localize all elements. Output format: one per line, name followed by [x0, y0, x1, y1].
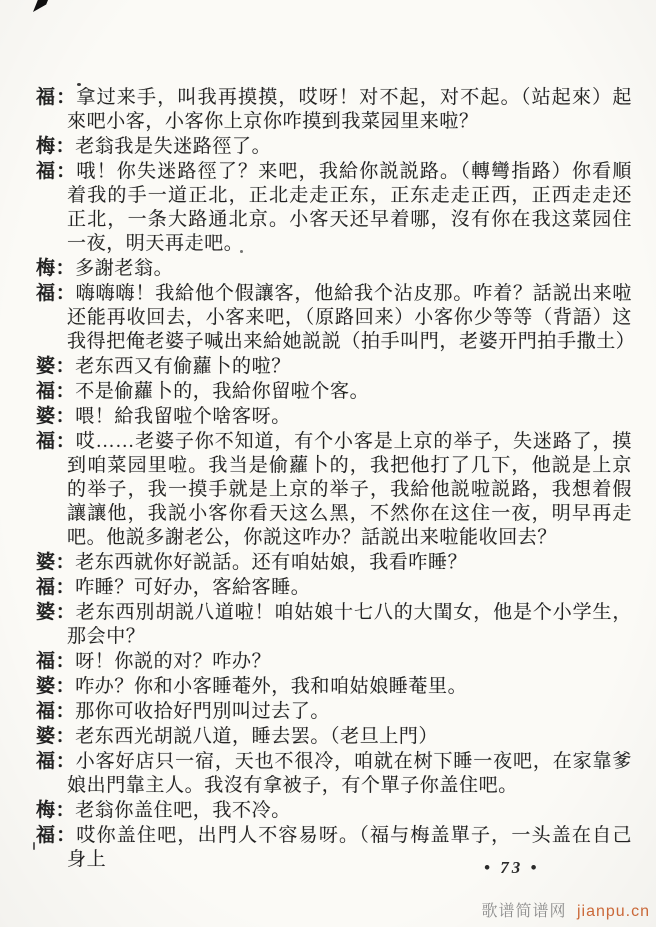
- watermark-site-url: jianpu.cn: [577, 903, 650, 920]
- speaker-label: 福：: [36, 283, 76, 304]
- speech-text: 老翁我是失迷路徑了。: [75, 136, 271, 157]
- dialogue-entry: 婆：老东西又有偷蘿卜的啦？: [36, 355, 632, 379]
- dialogue-entry: 福：拿过来手，叫我再摸摸，哎呀！对不起，对不起。（站起來）起來吧小客，小客你上京…: [36, 86, 632, 134]
- speech-text: 那你可收拾好門別叫过去了。: [75, 701, 330, 722]
- dialogue-entry: 福：哎你盖住吧，出門人不容易呀。（福与梅盖單子，一头盖在自己身上: [36, 824, 632, 872]
- dialogue-entry: 福：嗨嗨嗨！我給他个假讓客，他給我个沾皮那。咋着？話説出来啦还能再收回去，小客来…: [36, 282, 632, 354]
- speaker-label: 婆：: [36, 552, 75, 573]
- speaker-label: 婆：: [36, 406, 75, 427]
- speaker-label: 婆：: [36, 676, 75, 697]
- speaker-label: 福：: [36, 161, 76, 182]
- corner-ink-mark: [33, 0, 48, 12]
- watermark: 歌谱简谱网 jianpu.cn: [481, 898, 650, 921]
- speaker-label: 福：: [36, 701, 75, 722]
- speech-text: 老东西就你好説話。还有咱姑娘，我看咋睡？: [75, 552, 467, 573]
- speech-text: 咋办？你和小客睡菴外，我和咱姑娘睡菴里。: [75, 676, 467, 697]
- speech-text: 哎……老婆子你不知道，有个小客是上京的举子，失迷路了，摸到咱菜园里啦。我当是偷蘿…: [67, 431, 632, 548]
- speech-text: 咋睡？可好办，客給客睡。: [75, 577, 310, 598]
- speech-text: 哦！你失迷路徑了？来吧，我給你説説路。（轉彎指路）你看順着我的手一道正北，正北走…: [67, 161, 632, 254]
- speech-text: 不是偷蘿卜的，我給你留啦个客。: [75, 381, 369, 402]
- dialogue-entry: 梅：老翁你盖住吧，我不冷。: [36, 799, 632, 823]
- dialogue-entry: 婆：喂！給我留啦个啥客呀。: [36, 405, 632, 429]
- dialogue-entry: 婆：老东西就你好説話。还有咱姑娘，我看咋睡？: [36, 551, 632, 575]
- speech-text: 老东西又有偷蘿卜的啦？: [75, 356, 291, 377]
- page-number: • 73 •: [484, 858, 539, 878]
- speech-text: 小客好店只一宿，天也不很冷，咱就在树下睡一夜吧，在家靠爹娘出門靠主人。我沒有拿被…: [67, 751, 632, 796]
- speech-text: 老东西光胡説八道，睡去罢。（老旦上門）: [75, 726, 438, 747]
- dialogue-entry: 梅：老翁我是失迷路徑了。: [36, 135, 632, 159]
- dialogue-entry: 福：呀！你説的对？咋办？: [36, 650, 632, 674]
- speaker-label: 福：: [36, 87, 76, 108]
- speech-text: 老翁你盖住吧，我不冷。: [75, 800, 291, 821]
- dialogue-entry: 福：哎……老婆子你不知道，有个小客是上京的举子，失迷路了，摸到咱菜园里啦。我当是…: [36, 430, 632, 550]
- speaker-label: 福：: [36, 651, 75, 672]
- speaker-label: 福：: [36, 431, 76, 452]
- script-body: 福：拿过来手，叫我再摸摸，哎呀！对不起，对不起。（站起來）起來吧小客，小客你上京…: [36, 86, 632, 873]
- speech-text: 拿过来手，叫我再摸摸，哎呀！对不起，对不起。（站起來）起來吧小客，小客你上京你咋…: [67, 87, 632, 132]
- dialogue-entry: 婆：老东西光胡説八道，睡去罢。（老旦上門）: [36, 725, 632, 749]
- dialogue-entry: 福：那你可收拾好門別叫过去了。: [36, 700, 632, 724]
- speech-text: 喂！給我留啦个啥客呀。: [75, 406, 291, 427]
- dialogue-entry: 福：小客好店只一宿，天也不很冷，咱就在树下睡一夜吧，在家靠爹娘出門靠主人。我沒有…: [36, 750, 632, 798]
- speech-text: 哎你盖住吧，出門人不容易呀。（福与梅盖單子，一头盖在自己身上: [67, 825, 632, 870]
- speech-text: 多謝老翁。: [75, 258, 173, 279]
- dialogue-entry: 婆：咋办？你和小客睡菴外，我和咱姑娘睡菴里。: [36, 675, 632, 699]
- dialogue-entry: 福：不是偷蘿卜的，我給你留啦个客。: [36, 380, 632, 404]
- speaker-label: 梅：: [36, 258, 75, 279]
- dialogue-entry: 福：哦！你失迷路徑了？来吧，我給你説説路。（轉彎指路）你看順着我的手一道正北，正…: [36, 160, 632, 256]
- dialogue-entry: 福：咋睡？可好办，客給客睡。: [36, 576, 632, 600]
- speaker-label: 福：: [36, 825, 76, 846]
- scanned-script-page: 福：拿过来手，叫我再摸摸，哎呀！对不起，对不起。（站起來）起來吧小客，小客你上京…: [0, 0, 656, 927]
- speaker-label: 梅：: [36, 136, 75, 157]
- speaker-label: 婆：: [36, 602, 76, 623]
- ink-speck: [33, 842, 35, 850]
- speech-text: 老东西別胡説八道啦！咱姑娘十七八的大閨女，他是个小学生，那会中？: [67, 602, 632, 647]
- speaker-label: 福：: [36, 381, 75, 402]
- speech-text: 嗨嗨嗨！我給他个假讓客，他給我个沾皮那。咋着？話説出来啦还能再收回去，小客来吧，…: [67, 283, 635, 352]
- speaker-label: 梅：: [36, 800, 75, 821]
- speaker-label: 福：: [36, 577, 75, 598]
- speaker-label: 福：: [36, 751, 76, 772]
- watermark-site-name: 歌谱简谱网: [481, 903, 566, 920]
- dialogue-entry: 梅：多謝老翁。: [36, 257, 632, 281]
- speaker-label: 婆：: [36, 356, 75, 377]
- dialogue-entry: 婆：老东西別胡説八道啦！咱姑娘十七八的大閨女，他是个小学生，那会中？: [36, 601, 632, 649]
- speech-text: 呀！你説的对？咋办？: [75, 651, 271, 672]
- speaker-label: 婆：: [36, 726, 75, 747]
